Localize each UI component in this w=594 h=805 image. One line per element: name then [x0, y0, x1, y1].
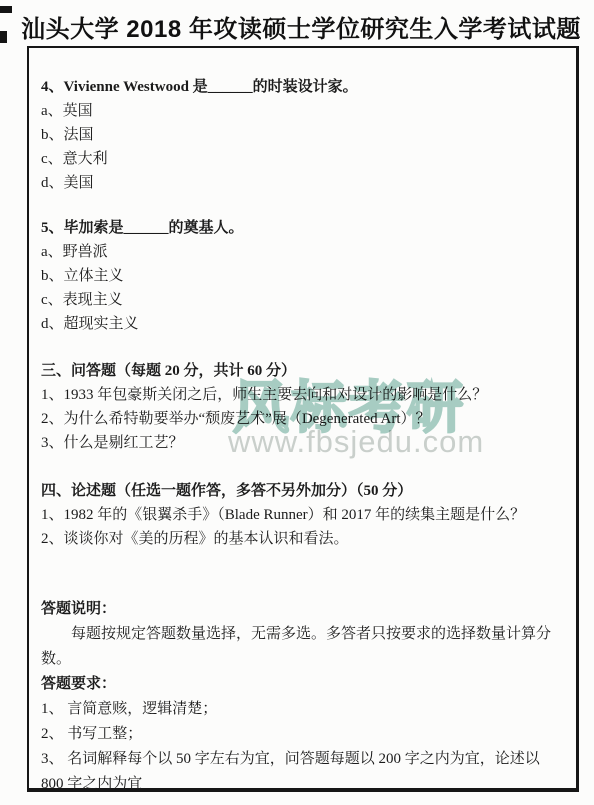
answer-notes: 答题说明： 每题按规定答题数量选择，无需多选。多答者只按要求的选择数量计算分数。… [41, 597, 564, 797]
question-option: c、意大利 [41, 147, 564, 171]
section-essay: 四、论述题（任选一题作答，多答不另外加分）（50 分） 1、1982 年的《银翼… [41, 479, 564, 551]
question-stem: 5、毕加索是______的奠基人。 [41, 216, 564, 240]
section-item: 3、什么是剔红工艺？ [41, 431, 564, 455]
question-5-block: 5、毕加索是______的奠基人。 a、野兽派 b、立体主义 c、表现主义 d、… [41, 216, 564, 336]
question-stem: 4、Vivienne Westwood 是______的时装设计家。 [41, 75, 564, 99]
notes-requirement: 3、 名词解释每个以 50 字左右为宜，问答题每题以 200 字之内为宜，论述以… [41, 747, 564, 797]
exam-content-box: 4、Vivienne Westwood 是______的时装设计家。 a、英国 … [27, 46, 579, 792]
question-option: b、法国 [41, 123, 564, 147]
question-option: d、超现实主义 [41, 312, 564, 336]
question-option: d、美国 [41, 171, 564, 195]
notes-require-heading: 答题要求： [41, 672, 564, 697]
question-option: c、表现主义 [41, 288, 564, 312]
section-item: 2、谈谈你对《美的历程》的基本认识和看法。 [41, 527, 564, 551]
question-option: a、英国 [41, 99, 564, 123]
exam-title: 汕头大学 2018 年攻读硕士学位研究生入学考试试题 [0, 9, 594, 44]
notes-requirement: 2、 书写工整； [41, 722, 564, 747]
section-item: 1、1933 年包豪斯关闭之后，师生主要去向和对设计的影响是什么？ [41, 383, 564, 407]
question-option: a、野兽派 [41, 240, 564, 264]
question-option: b、立体主义 [41, 264, 564, 288]
section-heading: 三、问答题（每题 20 分，共计 60 分） [41, 359, 564, 383]
notes-explain-heading: 答题说明： [41, 597, 564, 622]
section-item: 1、1982 年的《银翼杀手》（Blade Runner）和 2017 年的续集… [41, 503, 564, 527]
notes-explain-body: 每题按规定答题数量选择，无需多选。多答者只按要求的选择数量计算分数。 [41, 622, 564, 672]
section-heading: 四、论述题（任选一题作答，多答不另外加分）（50 分） [41, 479, 564, 503]
section-short-answer: 三、问答题（每题 20 分，共计 60 分） 1、1933 年包豪斯关闭之后，师… [41, 359, 564, 455]
section-item: 2、为什么希特勒要举办“颓废艺术”展（Degenerated Art）？ [41, 407, 564, 431]
question-4-block: 4、Vivienne Westwood 是______的时装设计家。 a、英国 … [41, 75, 564, 195]
notes-requirement: 1、 言简意赅，逻辑清楚； [41, 697, 564, 722]
